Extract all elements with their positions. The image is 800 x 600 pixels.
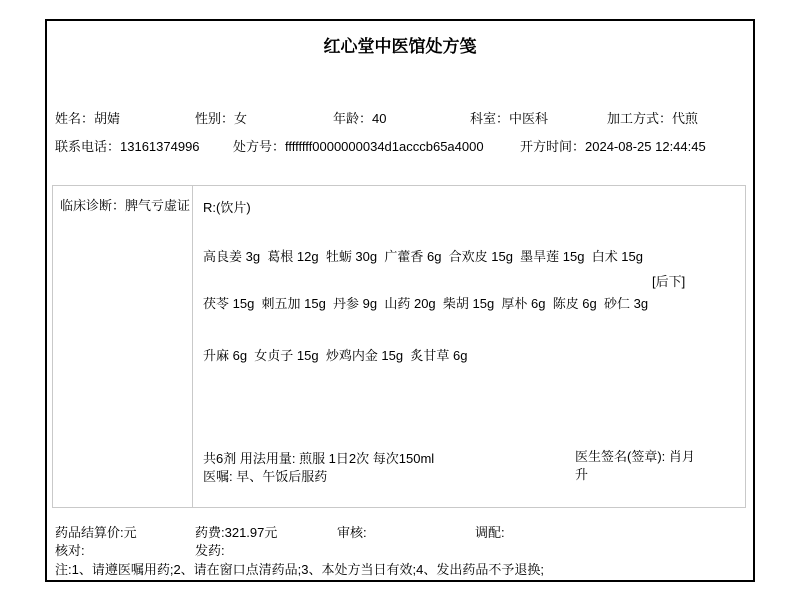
field-compound: 调配:: [475, 522, 505, 541]
clinical-diagnosis: 临床诊断：脾气亏虚证: [60, 197, 191, 215]
field-contact-phone: 联系电话：13161374996: [55, 136, 200, 155]
diagnosis-divider: [192, 185, 193, 508]
doctor-advice-line: 医嘱: 早、午饭后服药: [203, 466, 327, 485]
field-dispense: 发药:: [195, 540, 225, 559]
field-prescription-time: 开方时间：2024-08-25 12:44:45: [520, 136, 706, 155]
field-department: 科室：中医科: [470, 108, 548, 127]
note-line: 注:1、请遵医嘱用药;2、请在窗口点清药品;3、本处方当日有效;4、发出药品不予…: [55, 559, 544, 578]
field-processing-method: 加工方式：代煎: [607, 108, 698, 127]
annotation-houxia: [后下]: [652, 271, 685, 290]
field-settlement-price: 药品结算价:元: [55, 522, 137, 541]
page-title: 红心堂中医馆处方笺: [45, 32, 755, 57]
field-patient-name: 姓名：胡婧: [55, 108, 120, 127]
herb-line-1: 高良姜 3g 葛根 12g 牡蛎 30g 广藿香 6g 合欢皮 15g 墨旱莲 …: [203, 246, 643, 265]
field-check: 核对:: [55, 540, 85, 559]
doctor-signature: 医生签名(签章): 肖月升: [575, 448, 707, 484]
herb-line-3: 升麻 6g 女贞子 15g 炒鸡内金 15g 炙甘草 6g: [203, 345, 467, 364]
rx-header: R:(饮片): [203, 197, 251, 216]
field-medicine-fee: 药费:321.97元: [195, 522, 277, 541]
herb-line-2: 茯苓 15g 刺五加 15g 丹参 9g 山药 20g 柴胡 15g 厚朴 6g…: [203, 293, 648, 312]
field-patient-gender: 性别：女: [195, 108, 247, 127]
field-prescription-no: 处方号：ffffffff0000000034d1acccb65a4000: [233, 136, 484, 155]
field-patient-age: 年龄：40: [333, 108, 386, 127]
dosage-usage-line: 共6剂 用法用量: 煎服 1日2次 每次150ml: [203, 448, 434, 467]
field-review: 审核:: [337, 522, 367, 541]
